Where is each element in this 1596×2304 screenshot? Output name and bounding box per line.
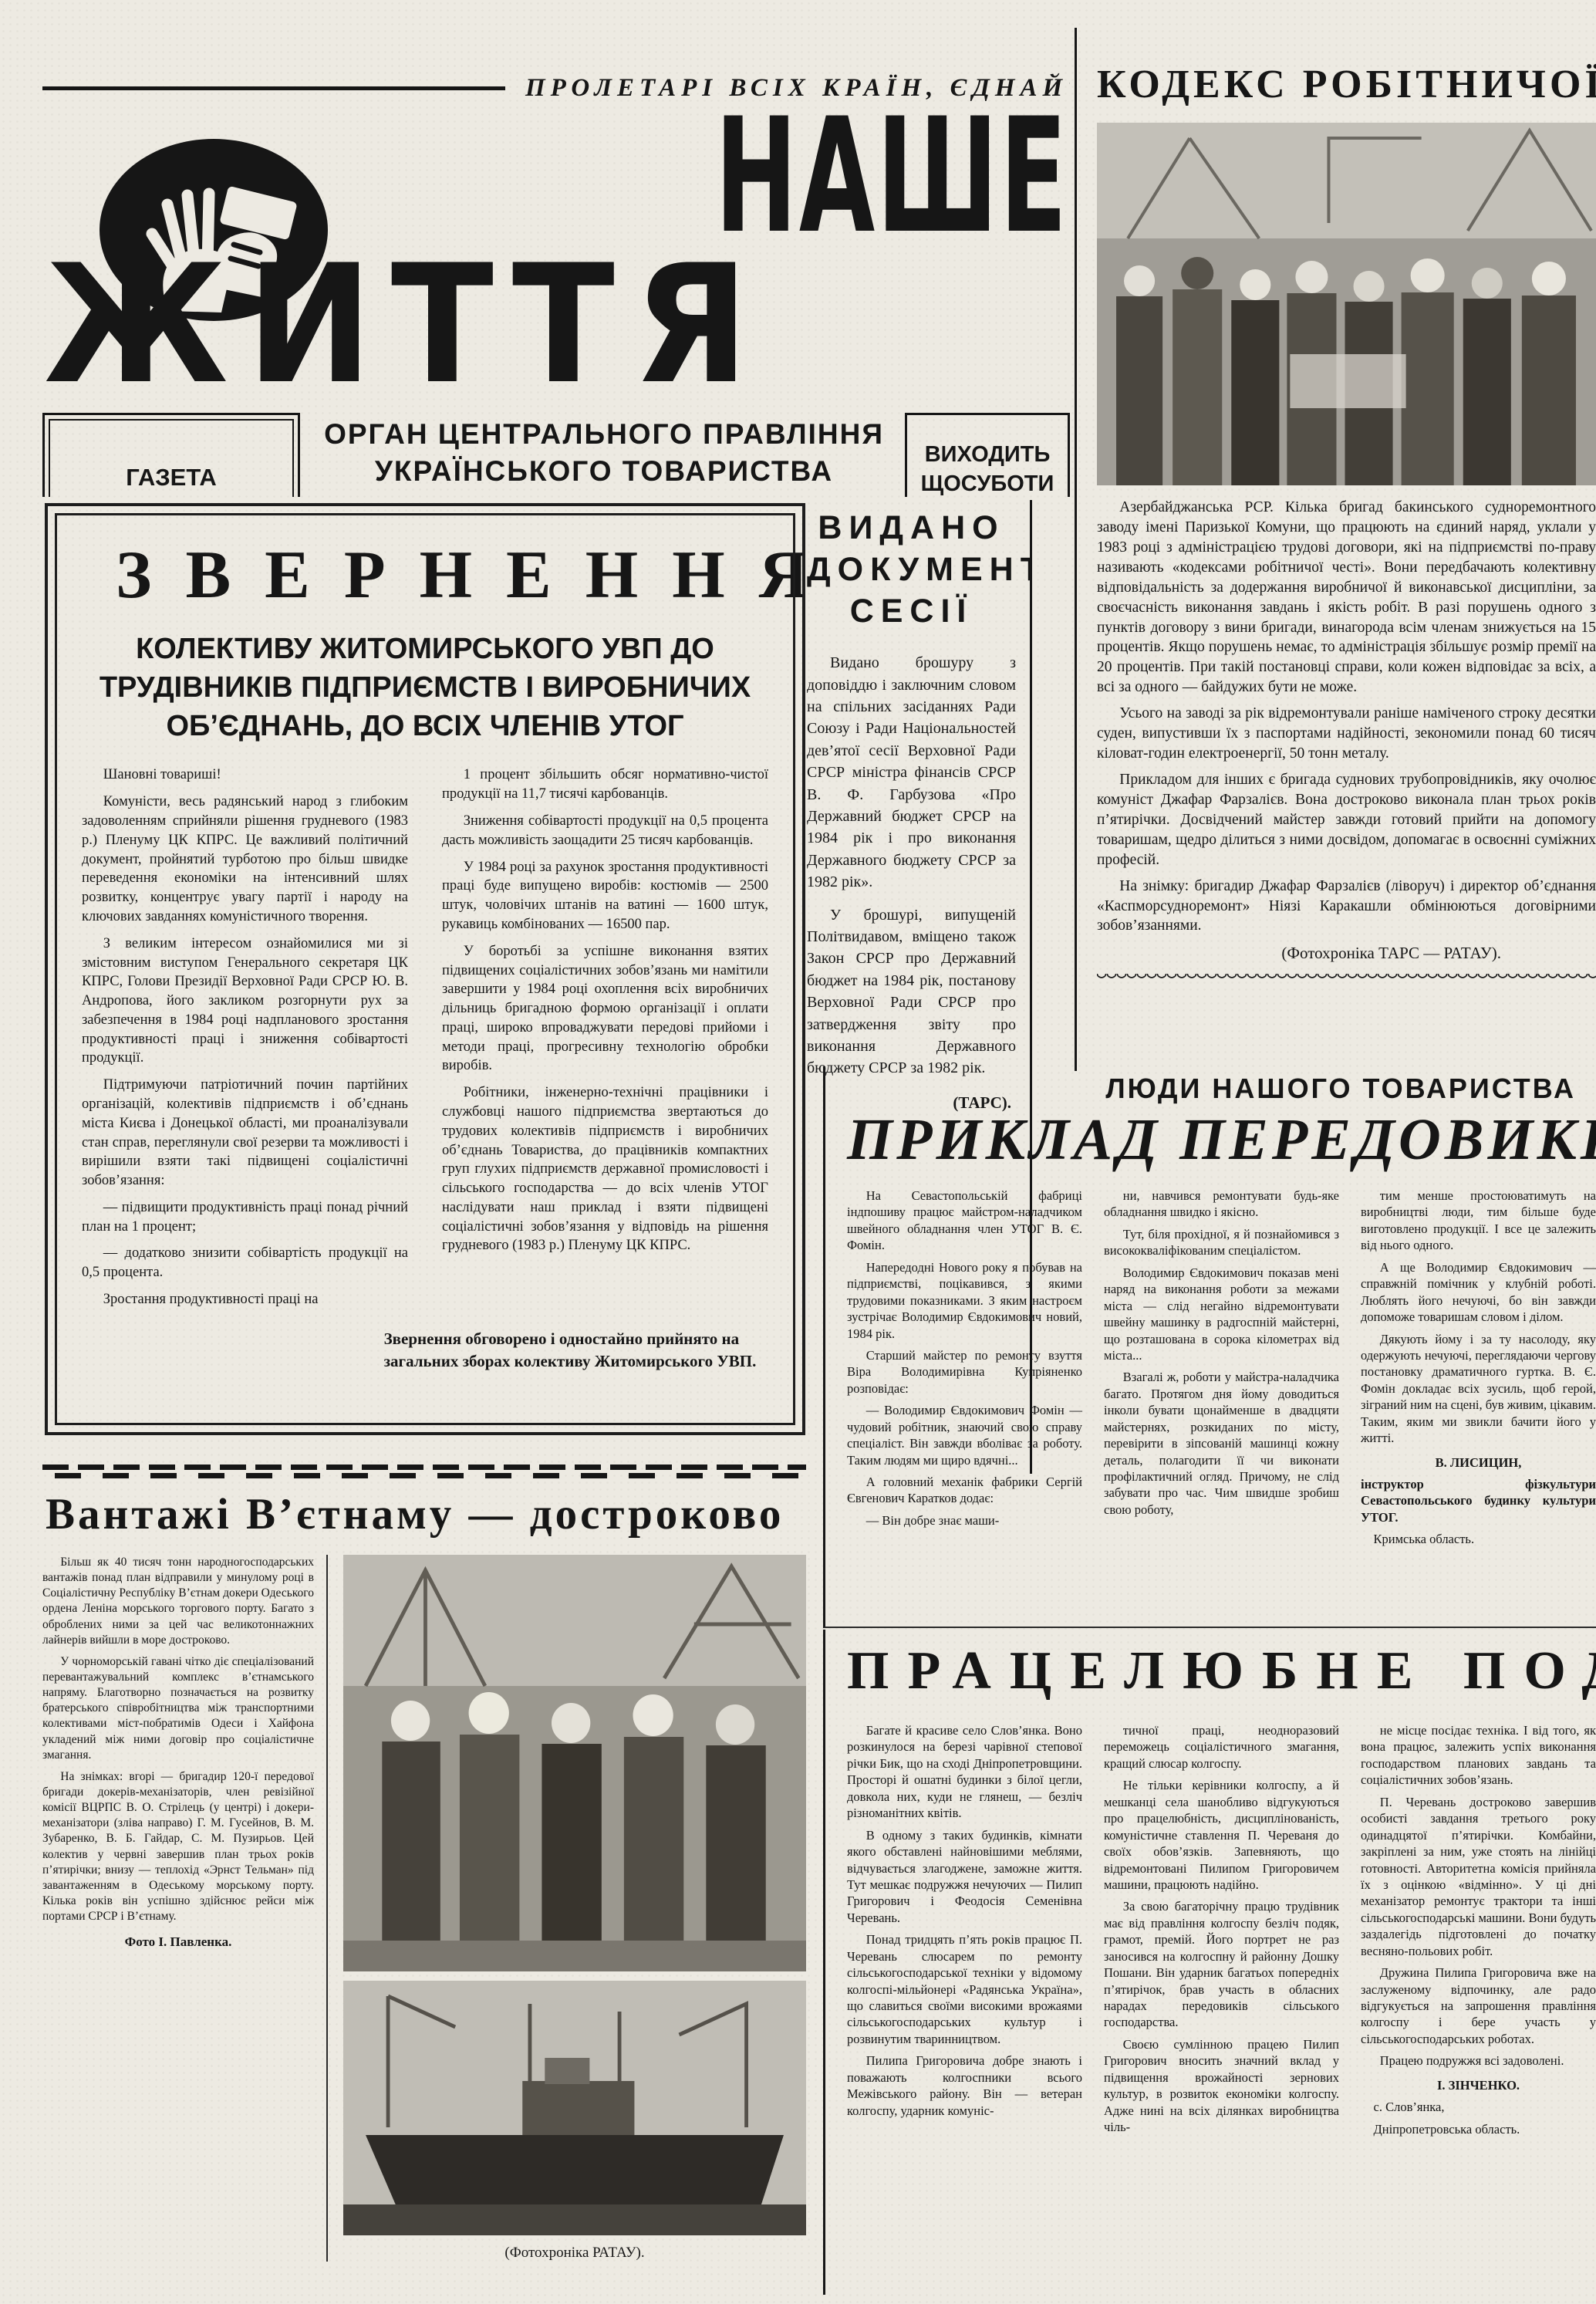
kodeks-body: Азербайджанська РСР. Кілька бригад бакин… xyxy=(1097,498,1596,936)
pratselyubne-body: Багате й красиве село Слов’янка. Воно ро… xyxy=(847,1722,1596,2143)
pratselyubne-column-2: тичної праці, неодноразовий переможець с… xyxy=(1104,1722,1339,2143)
pryklad-byline-name: В. ЛИСИЦИН, xyxy=(1361,1454,1596,1471)
vantazhi-paragraphs: Більш як 40 тисяч тонн народногосподарсь… xyxy=(42,1555,314,1924)
zvernennia-body: Шановні товариші!Комуністи, весь радянсь… xyxy=(82,765,768,1316)
paragraph: Шановні товариші! xyxy=(82,765,408,785)
paragraph: Видано брошуру з доповіддю і заключним с… xyxy=(807,652,1016,893)
paragraph: Комуністи, весь радянський народ з глибо… xyxy=(82,792,408,926)
pryklad-byline-region: Кримська область. xyxy=(1361,1531,1596,1547)
paragraph: На знімку: бригадир Джафар Фарзалієв (лі… xyxy=(1097,877,1596,937)
paragraph: — додатково знизити собівартість продукц… xyxy=(82,1244,408,1282)
pratselyubne-byline-name: І. ЗІНЧЕНКО. xyxy=(1361,2077,1596,2093)
vydano-headline-line2: ДОКУМЕНТИ СЕСІЇ xyxy=(807,549,1016,633)
paragraph: Прикладом для інших є бригада суднових т… xyxy=(1097,770,1596,870)
schedule-box: ВИХОДИТЬ ЩОСУБОТИ xyxy=(905,413,1070,497)
founded-text: ГАЗЕТА ЗАСНОВАНА В ЛИПНІ 1967 РОКУ xyxy=(49,419,294,497)
paragraph: Більш як 40 тисяч тонн народногосподарсь… xyxy=(42,1555,314,1648)
paragraph: Багате й красиве село Слов’янка. Воно ро… xyxy=(847,1722,1082,1822)
masthead-info-row: ГАЗЕТА ЗАСНОВАНА В ЛИПНІ 1967 РОКУ ОРГАН… xyxy=(42,413,1070,497)
paragraph: — Володимир Євдокимович Фомін — чудовий … xyxy=(847,1402,1082,1468)
pryklad-kicker: ЛЮДИ НАШОГО ТОВАРИСТВА xyxy=(847,1073,1596,1105)
paragraph: Зниження собівартості продукції на 0,5 п… xyxy=(442,812,768,850)
paragraph: Своєю сумлінною працею Пилип Григорович … xyxy=(1104,2036,1339,2136)
paragraph: А головний механік фабрики Сергій Євгено… xyxy=(847,1474,1082,1507)
article-vantazhi: Вантажі В’єтнаму — достроково Більш як 4… xyxy=(42,1464,806,2289)
vantazhi-headline: Вантажі В’єтнаму — достроково xyxy=(42,1489,806,1539)
paragraph: У боротьбі за успішне виконання взятих п… xyxy=(442,942,768,1076)
paragraph: У 1984 році за рахунок зростання продукт… xyxy=(442,858,768,934)
paragraph: тим менше простоюватимуть на виробництві… xyxy=(1361,1187,1596,1254)
paragraph: Понад тридцять п’ять років працює П. Чер… xyxy=(847,1931,1082,2047)
article-pratselyubne: ПРАЦЕЛЮБНЕ ПОДРУЖЖЯ Багате й красиве сел… xyxy=(823,1630,1596,2295)
paragraph: У брошурі, випущеній Політвидавом, вміще… xyxy=(807,904,1016,1079)
paragraph: — Він добре знає маши- xyxy=(847,1512,1082,1529)
pryklad-column-3: тим менше простоюватимуть на виробництві… xyxy=(1361,1187,1596,1553)
paragraph: — підвищити продуктивність праці понад р… xyxy=(82,1198,408,1237)
vantazhi-photos: (Фотохроніка РАТАУ). xyxy=(343,1555,806,2262)
organ-line1: ОРГАН ЦЕНТРАЛЬНОГО ПРАВЛІННЯ xyxy=(317,416,891,453)
vydano-headline: ВИДАНО ДОКУМЕНТИ СЕСІЇ xyxy=(807,508,1016,632)
paragraph: Старший майстер по ремонту взуття Віра В… xyxy=(847,1347,1082,1397)
paragraph: Працею подружжя всі задоволені. xyxy=(1361,2052,1596,2069)
organ-text: ОРГАН ЦЕНТРАЛЬНОГО ПРАВЛІННЯ УКРАЇНСЬКОГ… xyxy=(317,413,891,497)
paragraph: Підтримуючи патріотичний почин партійних… xyxy=(82,1076,408,1191)
paragraph: Зростання продуктивності праці на xyxy=(82,1290,408,1309)
pryklad-column-2: ни, навчився ремонтувати будь-яке обладн… xyxy=(1104,1187,1339,1553)
paragraph: Азербайджанська РСР. Кілька бригад бакин… xyxy=(1097,498,1596,698)
zvernennia-footer: Звернення обговорено і одностайно прийня… xyxy=(384,1328,768,1373)
shipyard-workers-photo xyxy=(1097,123,1596,485)
pratselyubne-headline: ПРАЦЕЛЮБНЕ ПОДРУЖЖЯ xyxy=(847,1640,1596,1702)
newspaper-title-line2: ЖИТТЯ xyxy=(44,243,768,407)
pryklad-column-3-paragraphs: тим менше простоюватимуть на виробництві… xyxy=(1361,1187,1596,1447)
paragraph: У чорноморській гавані чітко діє спеціал… xyxy=(42,1654,314,1763)
pryklad-headline: ПРИКЛАД ПЕРЕДОВИКІВ xyxy=(847,1106,1596,1174)
paragraph: Дружина Пилипа Григоровича вже на заслуж… xyxy=(1361,1964,1596,2047)
paragraph: З великим інтересом ознайомилися ми зі з… xyxy=(82,934,408,1068)
paragraph: А ще Володимир Євдокимович — справжній п… xyxy=(1361,1259,1596,1326)
paragraph: Тут, біля прохідної, я й познайомився з … xyxy=(1104,1226,1339,1259)
pratselyubne-column-3: не місце посідає техніка. І від того, як… xyxy=(1361,1722,1596,2143)
vantazhi-text-column: Більш як 40 тисяч тонн народногосподарсь… xyxy=(42,1555,328,2262)
paragraph: Усього на заводі за рік відремонтували р… xyxy=(1097,704,1596,764)
kodeks-headline: КОДЕКС РОБІТНИЧОЇ ЧЕСТІ xyxy=(1097,62,1596,107)
paragraph: Робітники, інженерно-технічні працівники… xyxy=(442,1083,768,1255)
pratselyubne-column-3-paragraphs: не місце посідає техніка. І від того, як… xyxy=(1361,1722,1596,2069)
paragraph: Дякують йому і за ту насолоду, яку одерж… xyxy=(1361,1331,1596,1447)
pryklad-byline-role: інструктор фізкультури Севастопольського… xyxy=(1361,1476,1596,1525)
vantazhi-agency-credit: (Фотохроніка РАТАУ). xyxy=(343,2245,806,2262)
paragraph: Взагалі ж, роботи у майстра-наладчика ба… xyxy=(1104,1369,1339,1518)
zvernennia-headline: ЗВЕРНЕННЯ xyxy=(82,542,768,610)
slogan-rule xyxy=(42,86,505,90)
article-zvernennia: ЗВЕРНЕННЯ КОЛЕКТИВУ ЖИТОМИРСЬКОГО УВП ДО… xyxy=(45,503,805,1435)
pryklad-column-1: На Севастопольській фабриці індпошиву пр… xyxy=(847,1187,1082,1553)
newspaper-title-line1: НАШЕ xyxy=(715,98,1068,256)
dashed-divider xyxy=(42,1464,806,1478)
paragraph: Володимир Євдокимович показав мені наряд… xyxy=(1104,1265,1339,1364)
paragraph: тичної праці, неодноразовий переможець с… xyxy=(1104,1722,1339,1772)
vydano-headline-line1: ВИДАНО xyxy=(807,508,1016,549)
newspaper-page: ПРОЛЕТАРІ ВСІХ КРАЇН, ЄДНАЙТЕСЯ! xyxy=(0,0,1596,2304)
paragraph: П. Черевань достроково завершив особисті… xyxy=(1361,1794,1596,1959)
zvernennia-column-1: Шановні товариші!Комуністи, весь радянсь… xyxy=(82,765,408,1316)
pryklad-body: На Севастопольській фабриці індпошиву пр… xyxy=(847,1187,1596,1553)
organ-line2: УКРАЇНСЬКОГО ТОВАРИСТВА ГЛУХИХ xyxy=(317,453,891,497)
paragraph: На знімках: вгорі — бригадир 120-ї перед… xyxy=(42,1769,314,1924)
article-kodeks: КОДЕКС РОБІТНИЧОЇ ЧЕСТІ xyxy=(1075,28,1596,1071)
paragraph: 1 процент збільшить обсяг нормативно-чис… xyxy=(442,765,768,804)
paragraph: ни, навчився ремонтувати будь-яке обладн… xyxy=(1104,1187,1339,1221)
founded-box: ГАЗЕТА ЗАСНОВАНА В ЛИПНІ 1967 РОКУ xyxy=(42,413,300,497)
paragraph: Не тільки керівники колгоспу, а й мешкан… xyxy=(1104,1777,1339,1893)
zvernennia-subhead: КОЛЕКТИВУ ЖИТОМИРСЬКОГО УВП ДО ТРУДІВНИК… xyxy=(86,630,764,745)
masthead-center: ОРГАН ЦЕНТРАЛЬНОГО ПРАВЛІННЯ УКРАЇНСЬКОГ… xyxy=(317,413,1070,497)
vantazhi-body: Більш як 40 тисяч тонн народногосподарсь… xyxy=(42,1555,806,2262)
paragraph: За свою багаторічну працю трудівник має … xyxy=(1104,1898,1339,2031)
ship-at-port-photo xyxy=(343,1981,806,2235)
paragraph: Напередодні Нового року я побував на під… xyxy=(847,1259,1082,1342)
masthead: ПРОЛЕТАРІ ВСІХ КРАЇН, ЄДНАЙТЕСЯ! xyxy=(42,63,1070,497)
kodeks-photo-credit: (Фотохроніка ТАРС — РАТАУ). xyxy=(1097,944,1596,963)
pratselyubne-column-1: Багате й красиве село Слов’янка. Воно ро… xyxy=(847,1722,1082,2143)
title-row: НАШЕ ЖИТТЯ xyxy=(42,103,1070,410)
pratselyubne-byline-region: Дніпропетровська область. xyxy=(1361,2121,1596,2137)
vydano-body: Видано брошуру з доповіддю і заключним с… xyxy=(807,652,1016,1079)
paragraph: На Севастопольській фабриці індпошиву пр… xyxy=(847,1187,1082,1254)
paragraph: не місце посідає техніка. І від того, як… xyxy=(1361,1722,1596,1789)
zvernennia-column-2: 1 процент збільшить обсяг нормативно-чис… xyxy=(442,765,768,1316)
vantazhi-photo-credit: Фото І. Павленка. xyxy=(42,1934,314,1951)
article-pryklad: ЛЮДИ НАШОГО ТОВАРИСТВА ПРИКЛАД ПЕРЕДОВИК… xyxy=(823,1066,1596,1628)
paragraph: В одному з таких будинків, кімнати якого… xyxy=(847,1827,1082,1927)
paragraph: Пилипа Григоровича добре знають і поважа… xyxy=(847,2052,1082,2119)
dockers-brigade-photo xyxy=(343,1555,806,1971)
wavy-divider xyxy=(1097,974,1596,979)
pratselyubne-byline-place: с. Слов’янка, xyxy=(1361,2099,1596,2115)
